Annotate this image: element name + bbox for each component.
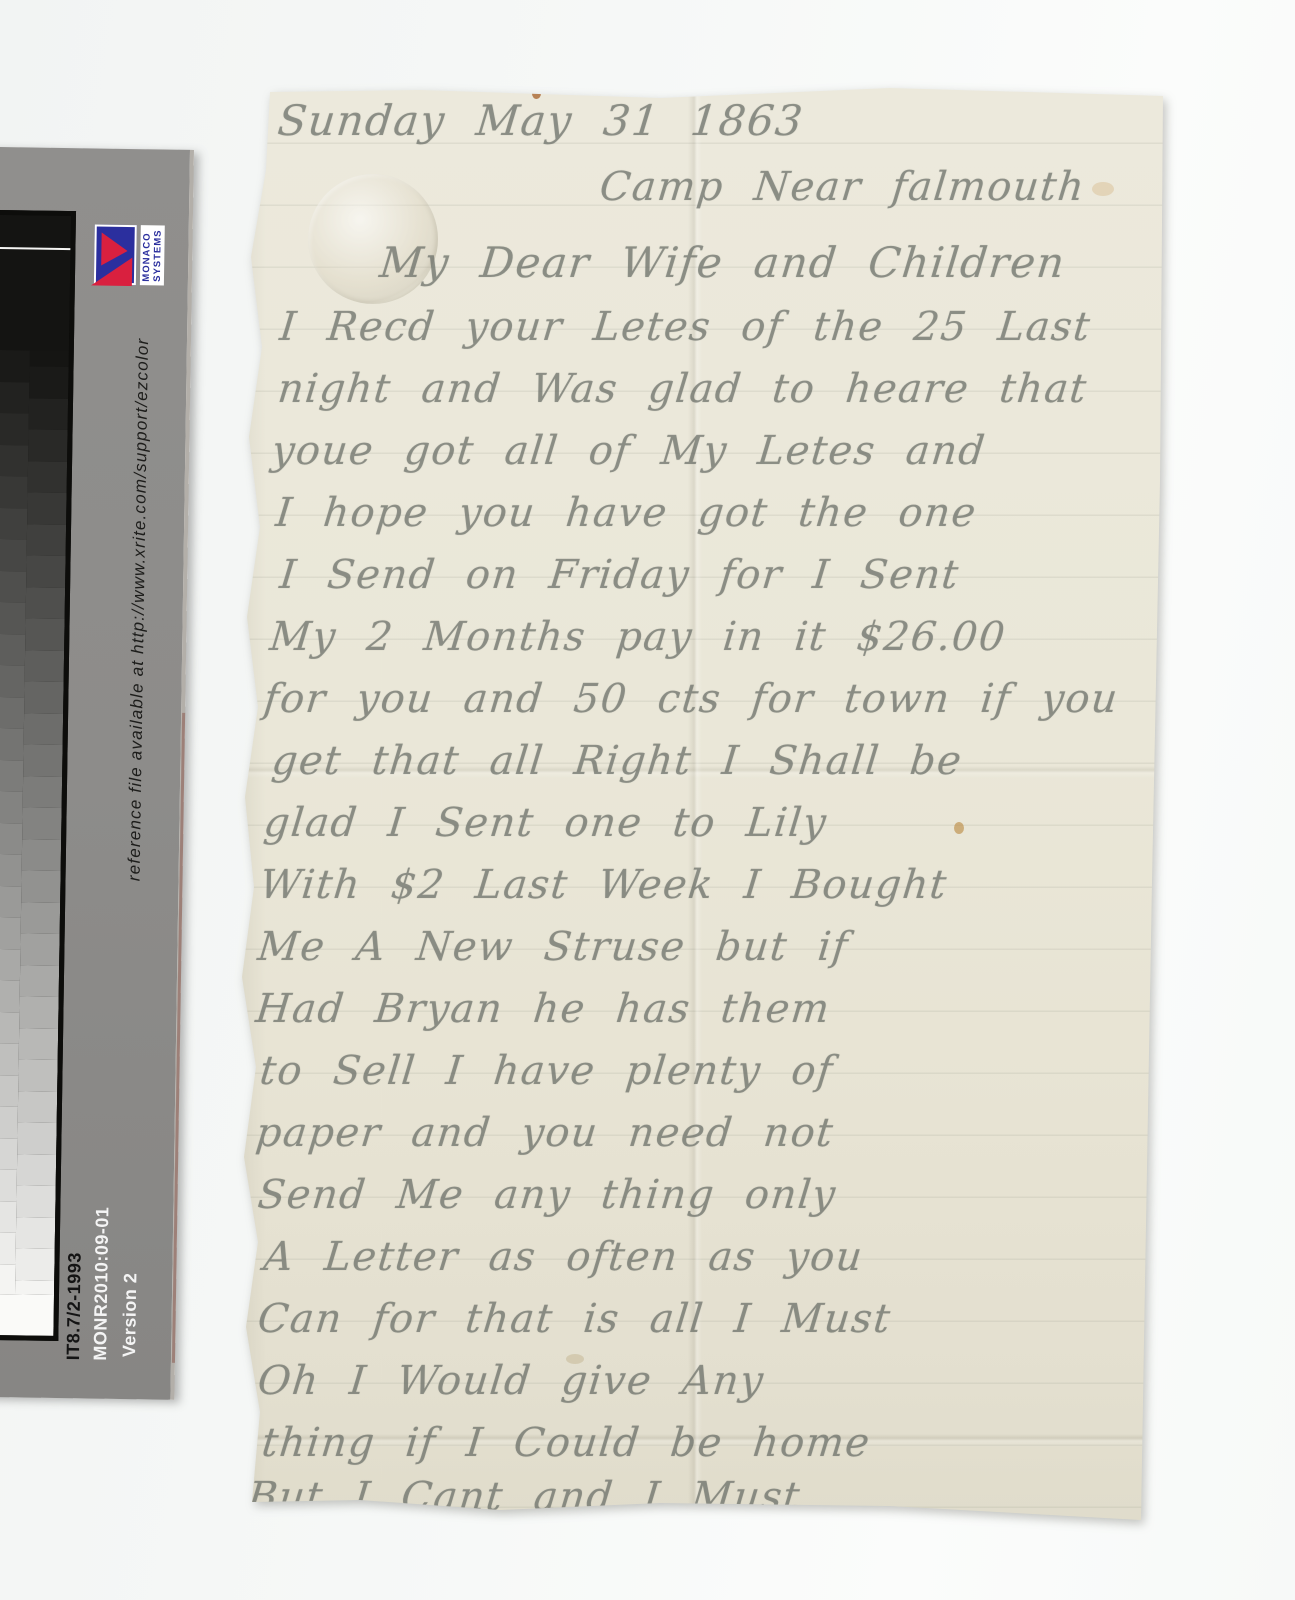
gray-step <box>0 443 28 477</box>
gray-step <box>0 1136 18 1170</box>
handwritten-line: Me A New Struse but if <box>256 924 851 970</box>
gray-step <box>16 1217 55 1249</box>
gray-step <box>24 681 63 713</box>
handwritten-line: I Send on Friday for I Sent <box>278 552 962 598</box>
strip-black-region <box>0 213 71 351</box>
gray-step <box>21 870 60 902</box>
gray-step <box>26 555 65 587</box>
gray-step <box>29 366 68 398</box>
gray-step <box>28 461 67 493</box>
handwritten-line: to Sell I have plenty of <box>258 1048 836 1094</box>
monaco-logo-wordmark: MONACO SYSTEMS <box>140 225 165 285</box>
gray-step <box>17 1122 56 1154</box>
handwritten-line: Had Bryan he has them <box>254 986 833 1032</box>
gray-step <box>22 807 61 839</box>
gray-step <box>0 600 26 634</box>
gray-step <box>15 1248 54 1280</box>
gray-step-columns <box>0 348 69 1295</box>
strip-white-patch <box>0 1292 54 1336</box>
gray-step <box>0 695 24 729</box>
gray-step <box>0 821 22 855</box>
gray-step <box>20 933 59 965</box>
gray-step <box>26 587 65 619</box>
gray-step <box>0 1262 16 1295</box>
letter-location: Camp Near falmouth <box>598 164 1088 210</box>
gray-step <box>0 632 25 666</box>
handwritten-line: My 2 Months pay in it $26.00 <box>268 614 1009 660</box>
handwritten-line: A Letter as often as you <box>262 1234 866 1280</box>
monaco-logo-icon <box>94 224 137 285</box>
gray-step <box>0 1199 17 1233</box>
logo-brand-line2: SYSTEMS <box>152 229 164 282</box>
handwritten-line: paper and you need not <box>254 1110 837 1156</box>
gray-step <box>0 1167 17 1201</box>
handwritten-line: for you and 50 cts for town if you <box>262 676 1121 722</box>
gray-step <box>21 902 60 934</box>
handwritten-line: youe got all of My Letes and <box>270 428 989 474</box>
gray-step <box>29 398 68 430</box>
gray-step <box>0 474 28 508</box>
paper-stain <box>954 822 964 834</box>
gray-step <box>23 776 62 808</box>
gray-step <box>27 492 66 524</box>
handwritten-line: Send Me any thing only <box>256 1172 839 1218</box>
gray-step <box>0 348 30 382</box>
gray-step <box>0 947 20 981</box>
paper-stain <box>1092 182 1114 196</box>
gray-step <box>28 429 67 461</box>
gray-step <box>16 1185 55 1217</box>
scanned-letter-page: { "calibration_card": { "card_color": "#… <box>0 0 1295 1600</box>
gray-step <box>15 1280 54 1295</box>
gray-step <box>0 1010 20 1044</box>
logo-triangle-icon <box>101 232 128 266</box>
gray-step <box>0 1041 19 1075</box>
letter-paper: Sunday May 31 1863 Camp Near falmouth My… <box>240 82 1170 1530</box>
handwritten-line: Can for that is all I Must <box>256 1296 894 1342</box>
gray-step <box>0 1073 19 1107</box>
gray-step <box>17 1154 56 1186</box>
logo-sail-icon <box>91 257 133 287</box>
gray-step <box>0 1104 18 1138</box>
gray-step <box>0 506 27 540</box>
gray-step <box>0 411 29 445</box>
gray-step <box>0 569 26 603</box>
handwritten-line: With $2 Last Week I Bought <box>258 862 950 908</box>
gray-step <box>18 1091 57 1123</box>
gray-step <box>22 839 61 871</box>
calibration-card: MONACO SYSTEMS reference file available … <box>0 145 194 1400</box>
handwritten-line: glad I Sent one to Lily <box>262 800 830 846</box>
monaco-systems-logo: MONACO SYSTEMS <box>94 224 165 285</box>
gray-step <box>0 978 20 1012</box>
gray-step <box>18 1059 57 1091</box>
gray-step <box>19 1028 58 1060</box>
handwritten-line: night and Was glad to heare that <box>276 366 1090 412</box>
gray-step <box>25 650 64 682</box>
gray-step <box>24 713 63 745</box>
handwritten-line: I hope you have got the one <box>274 490 980 536</box>
handwritten-line: thing if I Could be home <box>260 1420 873 1466</box>
gray-step <box>0 915 21 949</box>
gray-step <box>0 663 25 697</box>
gray-step <box>0 758 23 792</box>
gray-step <box>25 618 64 650</box>
gray-step <box>0 537 27 571</box>
gray-step <box>20 965 59 997</box>
gray-step <box>19 996 58 1028</box>
letter-paper-wrap: Sunday May 31 1863 Camp Near falmouth My… <box>240 82 1170 1530</box>
gray-step <box>0 1230 16 1264</box>
letter-salutation: My Dear Wife and Children <box>377 238 1068 287</box>
gray-step <box>0 789 23 823</box>
logo-brand-line1: MONACO <box>141 229 153 282</box>
calibration-white-line <box>0 245 70 250</box>
it8-standard-label: IT8.7/2-1993 <box>63 1252 86 1360</box>
grayscale-strip <box>0 208 76 1341</box>
handwritten-line: Oh I Would give Any <box>256 1358 767 1404</box>
gray-step <box>0 726 24 760</box>
gray-step <box>23 744 62 776</box>
card-edge <box>172 712 185 1362</box>
reference-number-label: MONR2010:09-01 <box>90 1206 113 1360</box>
handwritten-line: But I Cant and I Must <box>246 1474 804 1520</box>
letter-date: Sunday May 31 1863 <box>275 96 806 145</box>
gray-step <box>0 884 21 918</box>
handwritten-line: get that all Right I Shall be <box>270 738 965 784</box>
reference-url-text: reference file available at http://www.x… <box>125 306 154 881</box>
gray-step <box>0 852 22 886</box>
gray-step <box>0 380 29 414</box>
version-label: Version 2 <box>119 1272 141 1357</box>
gray-step <box>27 524 66 556</box>
handwritten-line: I Recd your Letes of the 25 Last <box>278 304 1094 350</box>
